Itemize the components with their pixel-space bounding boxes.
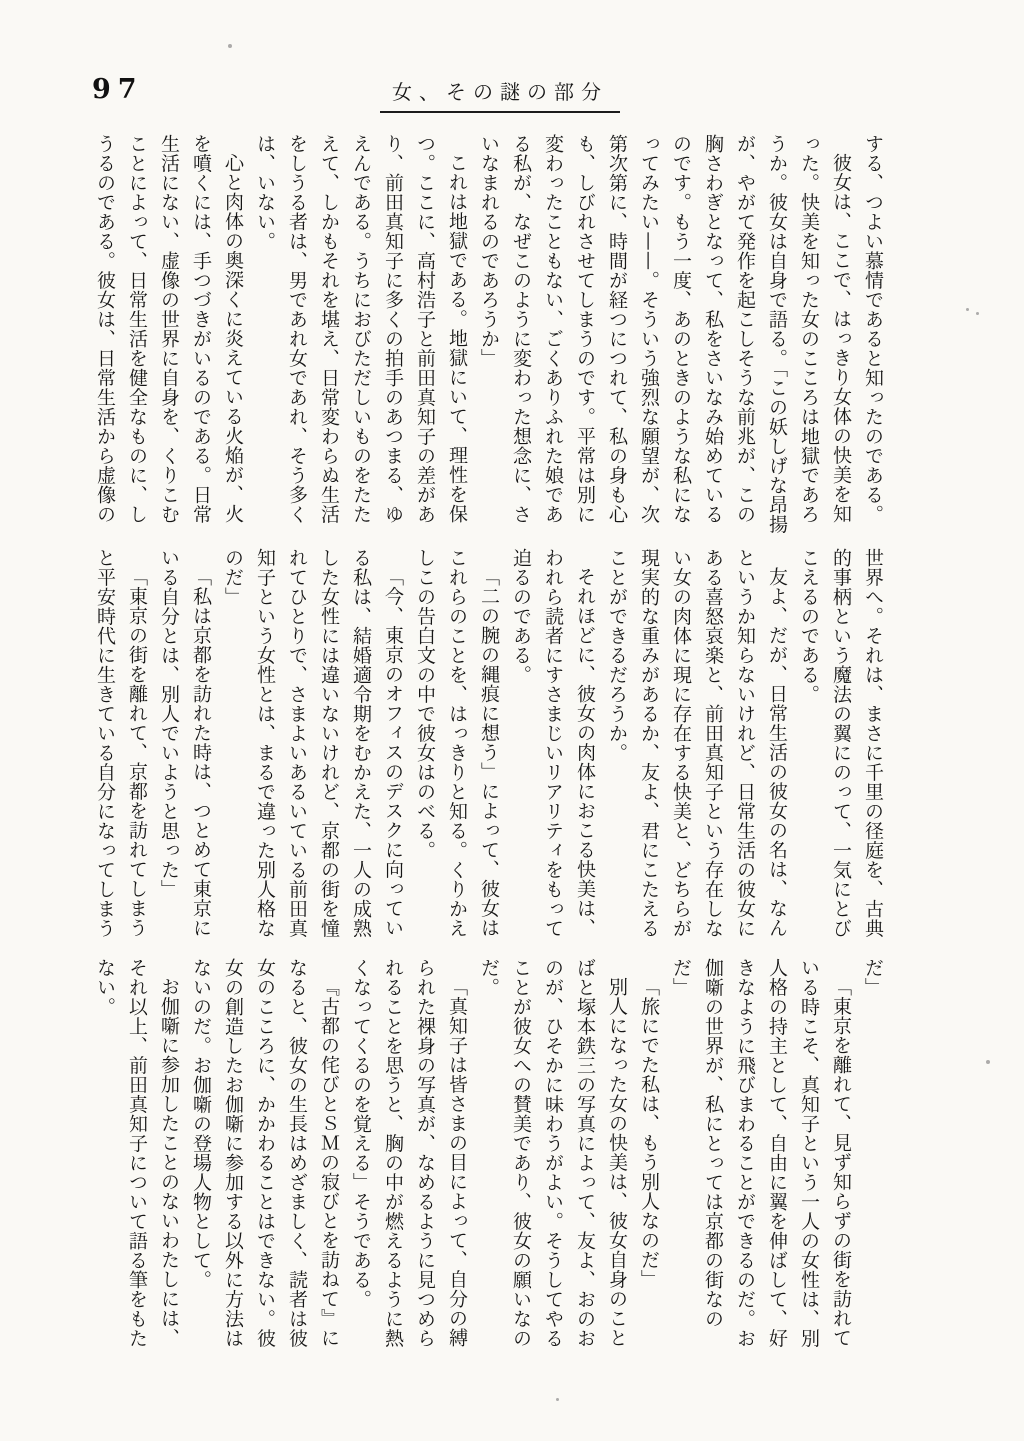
paragraph: それほどに、彼女の肉体におこる快美は、われら読者にすさまじいリアリティをもって迫… — [505, 548, 601, 940]
page-number: 97 — [92, 74, 144, 105]
paragraph: お伽噺に参加したことのないわたしには、それ以上、前田真知子について語る筆をもたな… — [89, 958, 185, 1352]
paragraph: 「今、東京のオフィスのデスクに向っている私は、結婚適令期をむかえた、一人の成熟し… — [217, 548, 409, 940]
paragraph: 「真知子は皆さまの目によって、自分の縛られた裸身の写真が、なめるように見つめられ… — [345, 958, 473, 1352]
paragraph: 別人になった女の快美は、彼女自身のことばと塚本鉄三の写真によって、友よ、おのおの… — [473, 958, 633, 1352]
scan-speck — [228, 44, 232, 48]
paragraph: 世界へ。それは、まさに千里の径庭を、古典的事柄という魔法の翼にのって、一気にとび… — [793, 548, 889, 940]
scan-speck — [986, 1060, 990, 1064]
paragraph: 彼女は、ここで、はっきり女体の快美を知った。快美を知った女のこころは地獄であろう… — [473, 134, 857, 534]
paragraph: する、つよい慕情であると知ったのである。 — [857, 134, 889, 534]
page-title: 女、その謎の部分 — [380, 76, 620, 113]
paragraph: 「東京の街を離れて、京都を訪れてしまうと平安時代に生きている自分になってしまうの — [89, 548, 153, 940]
paragraph: 「旅にでた私は、もう別人なのだ」 — [633, 958, 665, 1352]
paragraph: 友よ、だが、日常生活の彼女の名は、なんというか知らないけれど、日常生活の彼女にあ… — [601, 548, 793, 940]
scan-speck — [966, 308, 969, 311]
scan-speck — [976, 312, 979, 315]
paragraph: 『古都の侘びとＳＭの寂びとを訪ねて』になると、彼女の生長はめざましく、読者は彼女… — [185, 958, 345, 1352]
text-band-top: する、つよい慕情であると知ったのである。 彼女は、ここで、はっきり女体の快美を知… — [89, 134, 889, 534]
paragraph: だ」 — [857, 958, 889, 1352]
paragraph: これは地獄である。地獄にいて、理性を保つ。ここに、高村浩子と前田真知子の差があり… — [249, 134, 473, 534]
text-band-bottom: だ」 「東京を離れて、見ず知らずの街を訪れている時こそ、真知子という一人の女性は… — [89, 958, 889, 1352]
text-band-middle: 世界へ。それは、まさに千里の径庭を、古典的事柄という魔法の翼にのって、一気にとび… — [89, 548, 889, 940]
scan-speck — [556, 1398, 559, 1401]
paragraph: 「東京を離れて、見ず知らずの街を訪れている時こそ、真知子という一人の女性は、別人… — [665, 958, 857, 1352]
paragraph: 心と肉体の奥深くに炎えている火焔が、火を噴くには、手つづきがいるのである。日常生… — [89, 134, 249, 534]
paragraph: 「私は京都を訪れた時は、つとめて東京にいる自分とは、別人でいようと思った」 — [153, 548, 217, 940]
magazine-page: { "page": { "number": "97", "title": "女、… — [0, 0, 1024, 1441]
paragraph: 「二の腕の縄痕に想う」によって、彼女はこれらのことを、はっきりと知る。くりかえし… — [409, 548, 505, 940]
